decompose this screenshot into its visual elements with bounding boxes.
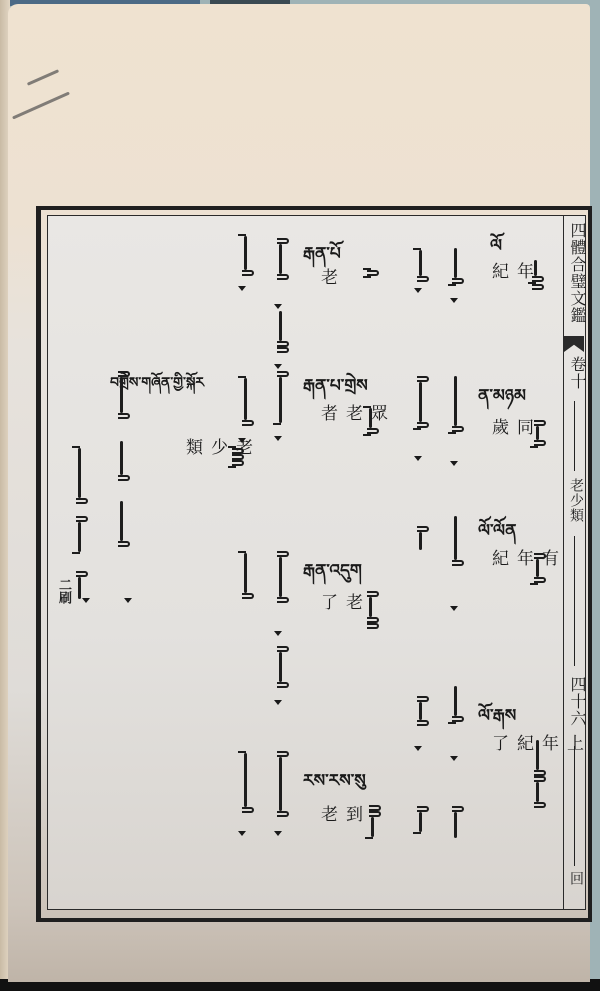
manchu-term [363, 591, 377, 629]
bleed-through-text [158, 236, 189, 268]
banxin-rule [574, 536, 575, 666]
banxin-margin: 四體合璧文鑑 卷十 老少類 四十六 回 [563, 216, 585, 909]
fishtail-mark [564, 336, 584, 352]
pencil-mark [12, 92, 70, 120]
manchu-term [363, 268, 377, 278]
punctuation-mark [450, 606, 458, 611]
punctuation-mark [124, 598, 132, 603]
printing-stamp: 二刷 [54, 578, 73, 604]
mongolian-term [114, 371, 128, 419]
manchu-term [530, 553, 544, 585]
manchu-heading [228, 446, 242, 468]
manchu-term [72, 516, 86, 554]
punctuation-mark [414, 456, 422, 461]
punctuation-mark [274, 831, 282, 836]
manchu-term [238, 376, 252, 426]
chinese-term: 老了 [315, 593, 365, 616]
mongolian-term [273, 646, 287, 688]
mongolian-term [448, 248, 462, 286]
manchu-term [238, 551, 252, 599]
punctuation-mark [274, 436, 282, 441]
mongolian-term [273, 751, 287, 817]
mongolian-term [448, 686, 462, 724]
mongolian-term [448, 376, 462, 434]
mongolian-term [114, 501, 128, 547]
volume-label: 卷十 [566, 356, 589, 390]
punctuation-mark [274, 631, 282, 636]
punctuation-mark [450, 756, 458, 761]
manchu-term [413, 526, 427, 550]
mongolian-term [273, 371, 287, 425]
tibetan-term: ན་མཉམ [478, 376, 526, 424]
manchu-term [530, 740, 544, 808]
chinese-term: 有年紀 [486, 549, 561, 572]
mongolian-term [273, 551, 287, 603]
mongolian-term [273, 238, 287, 280]
punctuation-mark [450, 298, 458, 303]
mongolian-term [114, 441, 128, 481]
folio-number: 四十六 [566, 676, 589, 727]
section-label: 老少類 [566, 478, 586, 523]
punctuation-mark [238, 831, 246, 836]
chinese-term: 眾老者 [315, 404, 390, 427]
chinese-term: 到老 [315, 805, 365, 828]
mongolian-term [448, 806, 462, 838]
punctuation-mark [414, 288, 422, 293]
manchu-term [238, 751, 252, 813]
punctuation-mark [82, 598, 90, 603]
manchu-term [413, 806, 427, 834]
punctuation-mark [414, 746, 422, 751]
manchu-term [413, 696, 427, 726]
punctuation-mark [274, 700, 282, 705]
chinese-term: 老 [315, 268, 340, 291]
printed-frame: 四體合璧文鑑 卷十 老少類 四十六 回 二刷 ལོ 年紀 ན་མཉམ 同歲 [36, 206, 592, 922]
tibetan-term: རས་རས་སུ [303, 761, 366, 809]
text-block: 四體合璧文鑑 卷十 老少類 四十六 回 二刷 ལོ 年紀 ན་མཉམ 同歲 [47, 215, 586, 910]
pencil-mark [27, 69, 59, 86]
manchu-term [530, 420, 544, 448]
manchu-term [72, 571, 86, 599]
manchu-term [363, 406, 377, 436]
manchu-term [72, 446, 86, 504]
banxin-rule [574, 401, 575, 471]
punctuation-mark [450, 461, 458, 466]
mongolian-term [273, 311, 287, 353]
manchu-term [365, 805, 379, 839]
tibetan-term: རྒན་འདུག [303, 551, 362, 599]
manchu-term [528, 260, 542, 290]
bottom-mark: 回 [566, 871, 586, 886]
manchu-term [413, 376, 427, 430]
punctuation-mark [274, 304, 282, 309]
punctuation-mark [274, 364, 282, 369]
manchu-term [413, 248, 427, 282]
manchu-term [238, 234, 252, 276]
chinese-term: 同歲 [486, 418, 536, 441]
book-title: 四體合璧文鑑 [566, 222, 589, 324]
punctuation-mark [238, 286, 246, 291]
banxin-rule [574, 746, 575, 866]
mongolian-term [448, 516, 462, 566]
